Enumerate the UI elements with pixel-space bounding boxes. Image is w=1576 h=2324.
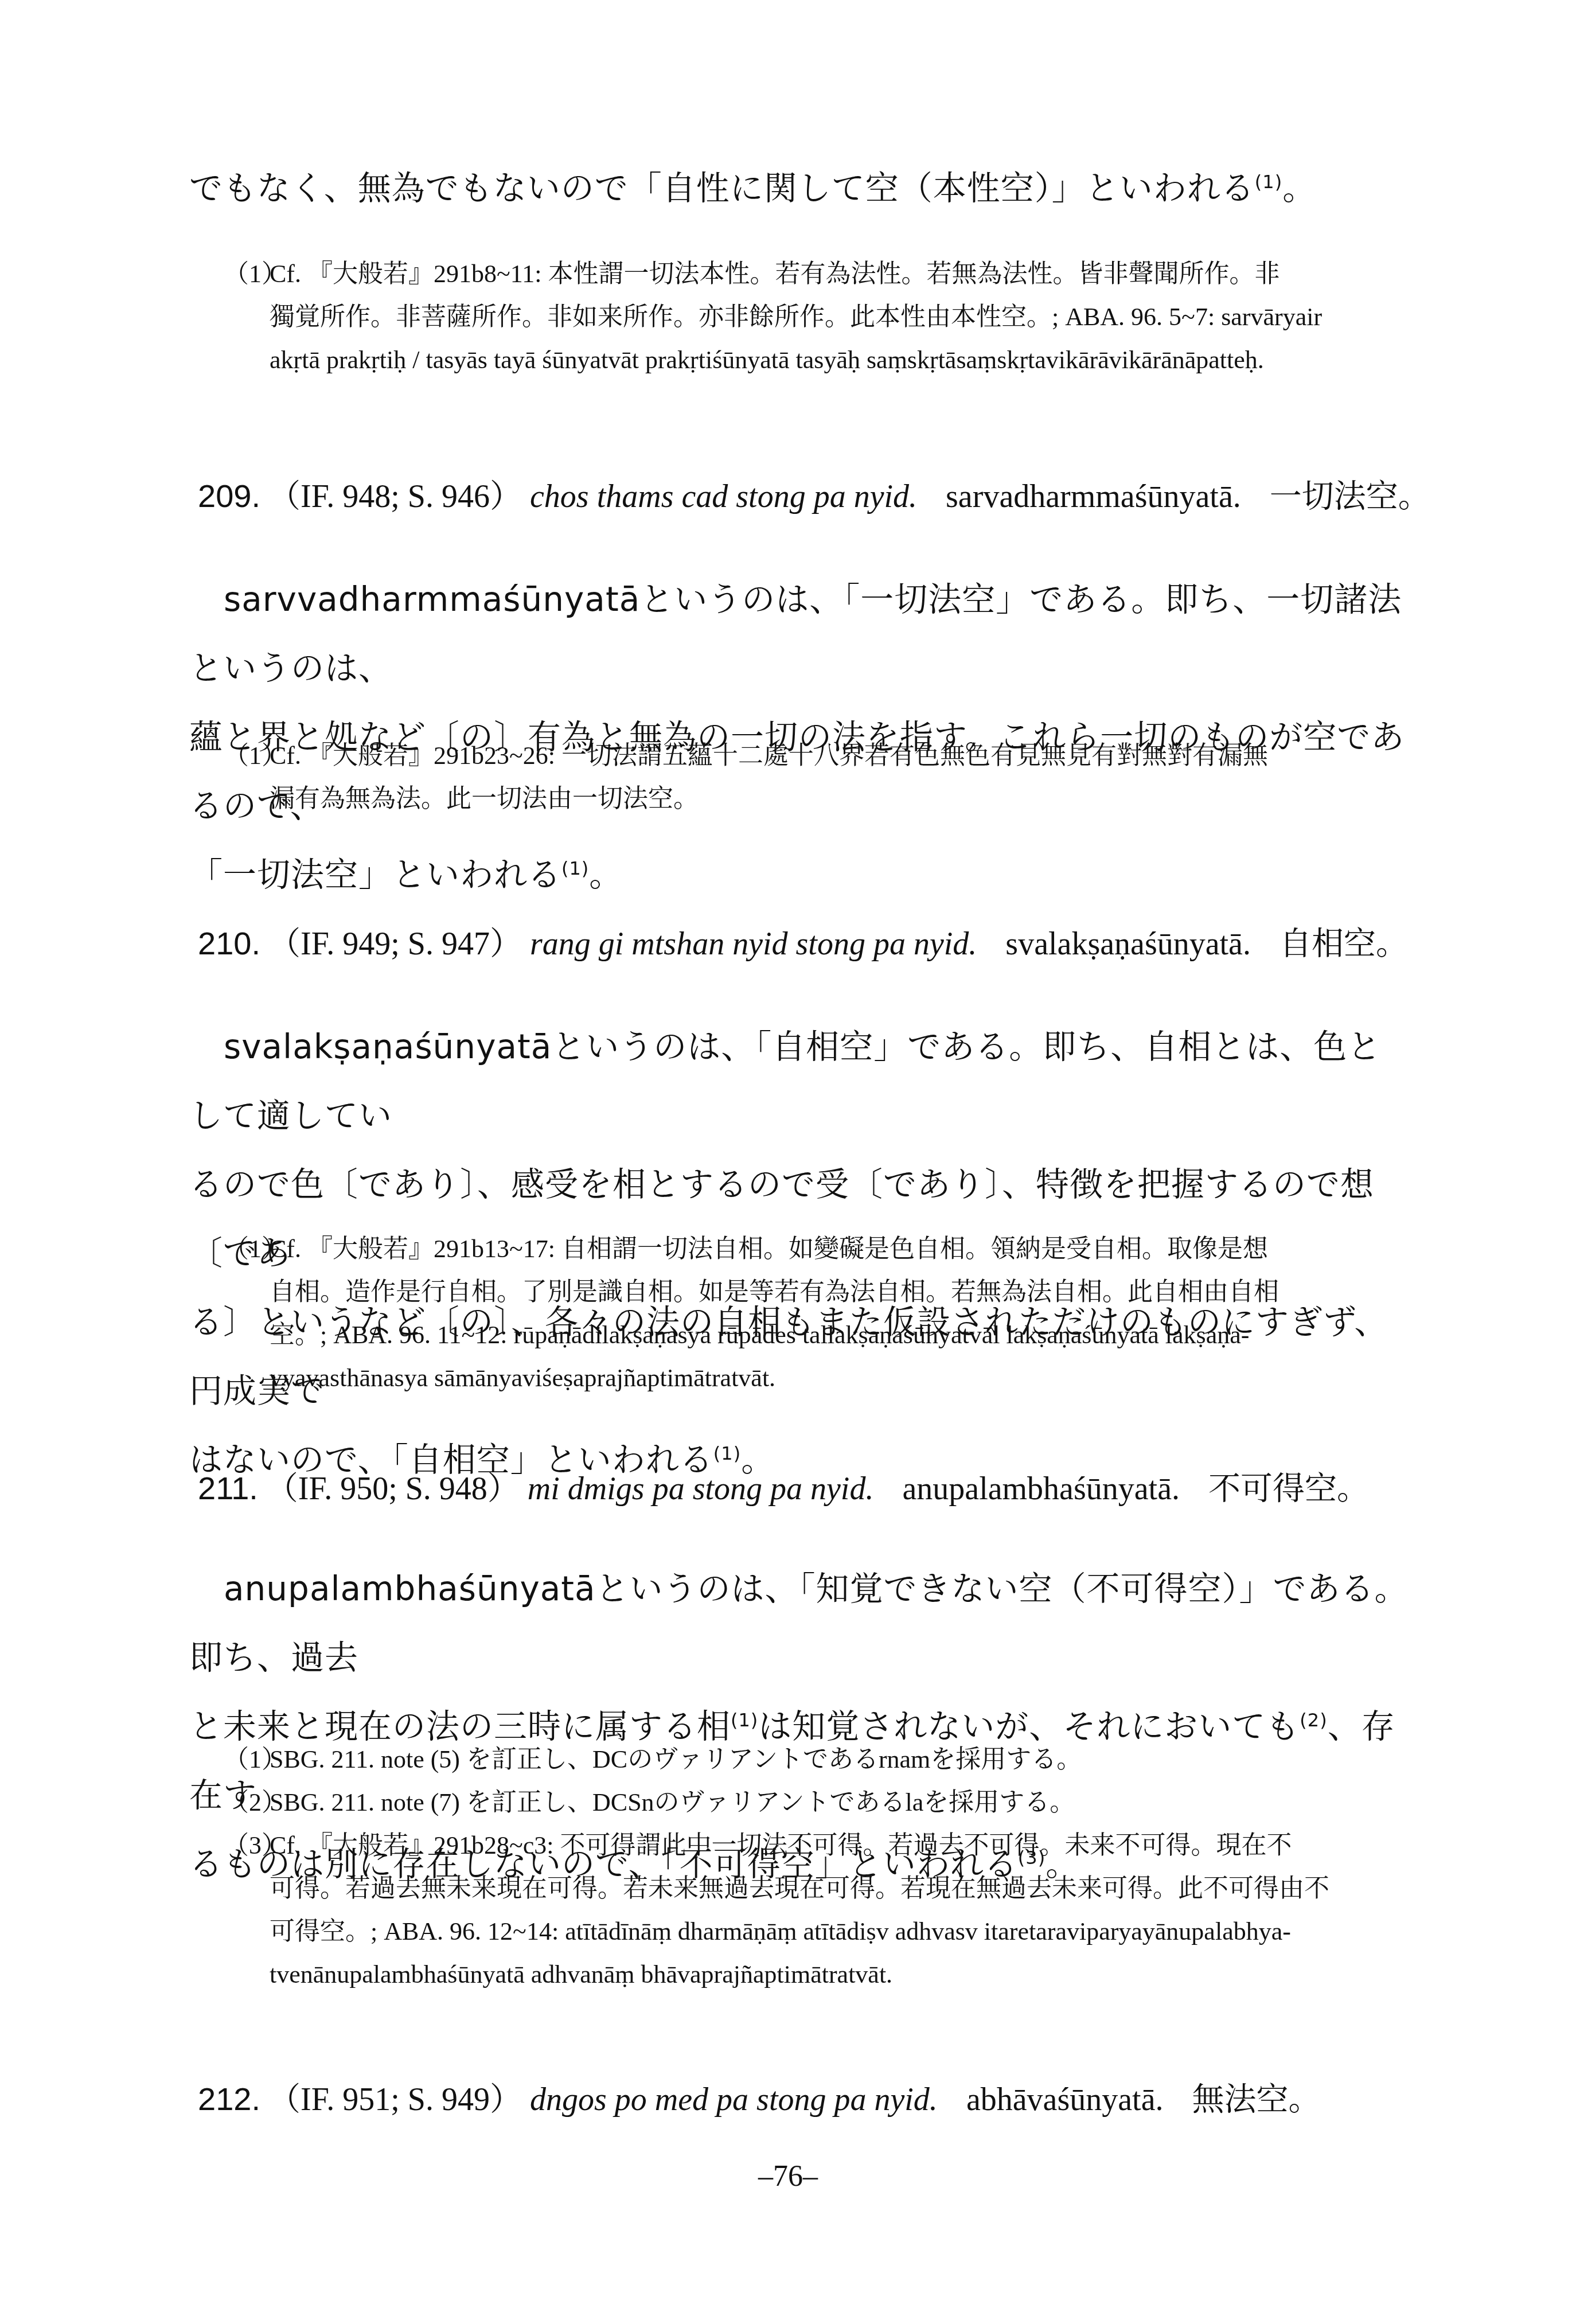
note-ref: (2) — [1300, 1709, 1327, 1731]
chinese-term: 一切法空。 — [1270, 478, 1430, 515]
note-ref: (1) — [561, 857, 589, 879]
entry-number: 212. — [198, 2081, 260, 2117]
entry-ref: （IF. 948; S. 946） — [268, 479, 522, 514]
sanskrit-term: svalakṣaṇaśūnyatā. — [1005, 926, 1251, 962]
entry-heading-212: 212. （IF. 951; S. 949） dngos po med pa s… — [198, 2076, 1460, 2123]
tibetan-term: rang gi mtshan nyid stong pa nyid. — [530, 926, 977, 962]
note-label: （1） — [224, 734, 270, 777]
sanskrit-term: abhāvaśūnyatā. — [966, 2082, 1164, 2118]
chinese-term: 自相空。 — [1279, 925, 1408, 962]
note-ref: (1) — [1255, 171, 1282, 193]
entry-note-209-1: （1）Cf. 『大般若』291b23~26: 一切法謂五蘊十二處十八界若有色無色… — [224, 734, 1417, 820]
entry-number: 211. — [198, 1470, 258, 1506]
entry-note-211-3: （3）Cf. 『大般若』291b28~c3: 不可得謂此中一切法不可得。若過去不… — [224, 1824, 1417, 1867]
entry-ref: （IF. 950; S. 948） — [266, 1471, 520, 1507]
page-number: –76– — [0, 2159, 1576, 2193]
sanskrit-term: sarvadharmmaśūnyatā. — [946, 479, 1241, 514]
entry-ref: （IF. 951; S. 949） — [268, 2082, 522, 2118]
intro-text: でもなく、無為でもないので「自性に関して空（本性空）」といわれる — [189, 169, 1255, 208]
tibetan-term: mi dmigs pa stong pa nyid. — [528, 1471, 874, 1507]
entry-note-211-2: （2）SBG. 211. note (7) を訂正し、DCSnのヴァリアントであ… — [224, 1781, 1417, 1824]
chinese-term: 不可得空。 — [1208, 1470, 1369, 1507]
note-ref: (1) — [731, 1709, 758, 1731]
chinese-term: 無法空。 — [1192, 2081, 1321, 2118]
note-ref: (1) — [713, 1442, 741, 1464]
entry-number: 210. — [198, 925, 260, 961]
note-label: （1） — [224, 1738, 270, 1781]
intro-continuation: でもなく、無為でもないので「自性に関して空（本性空）」といわれる(1)。 — [189, 154, 1411, 223]
entry-number: 209. — [198, 478, 260, 514]
entry-ref: （IF. 949; S. 947） — [268, 926, 522, 962]
entry-heading-211: 211. （IF. 950; S. 948） mi dmigs pa stong… — [198, 1465, 1460, 1512]
entry-note-210-1: （1）Cf. 『大般若』291b13~17: 自相謂一切法自相。如變礙是色自相。… — [224, 1227, 1417, 1399]
intro-note-1: （1）Cf. 『大般若』291b8~11: 本性謂一切法本性。若有為法性。若無為… — [224, 252, 1417, 381]
note-label: （3） — [224, 1824, 270, 1867]
entry-heading-210: 210. （IF. 949; S. 947） rang gi mtshan ny… — [198, 921, 1460, 967]
note-label: （2） — [224, 1781, 270, 1824]
entry-notes-211: （1）SBG. 211. note (5) を訂正し、DCのヴァリアントであるr… — [224, 1738, 1417, 1996]
tibetan-term: chos thams cad stong pa nyid. — [530, 479, 917, 514]
entry-heading-209: 209. （IF. 948; S. 946） chos thams cad st… — [198, 473, 1460, 520]
entry-note-211-1: （1）SBG. 211. note (5) を訂正し、DCのヴァリアントであるr… — [224, 1738, 1417, 1781]
note-label: （1） — [224, 1227, 270, 1270]
sanskrit-term: anupalambhaśūnyatā. — [902, 1471, 1180, 1507]
tibetan-term: dngos po med pa stong pa nyid. — [530, 2082, 938, 2118]
note-label: （1） — [224, 252, 270, 295]
